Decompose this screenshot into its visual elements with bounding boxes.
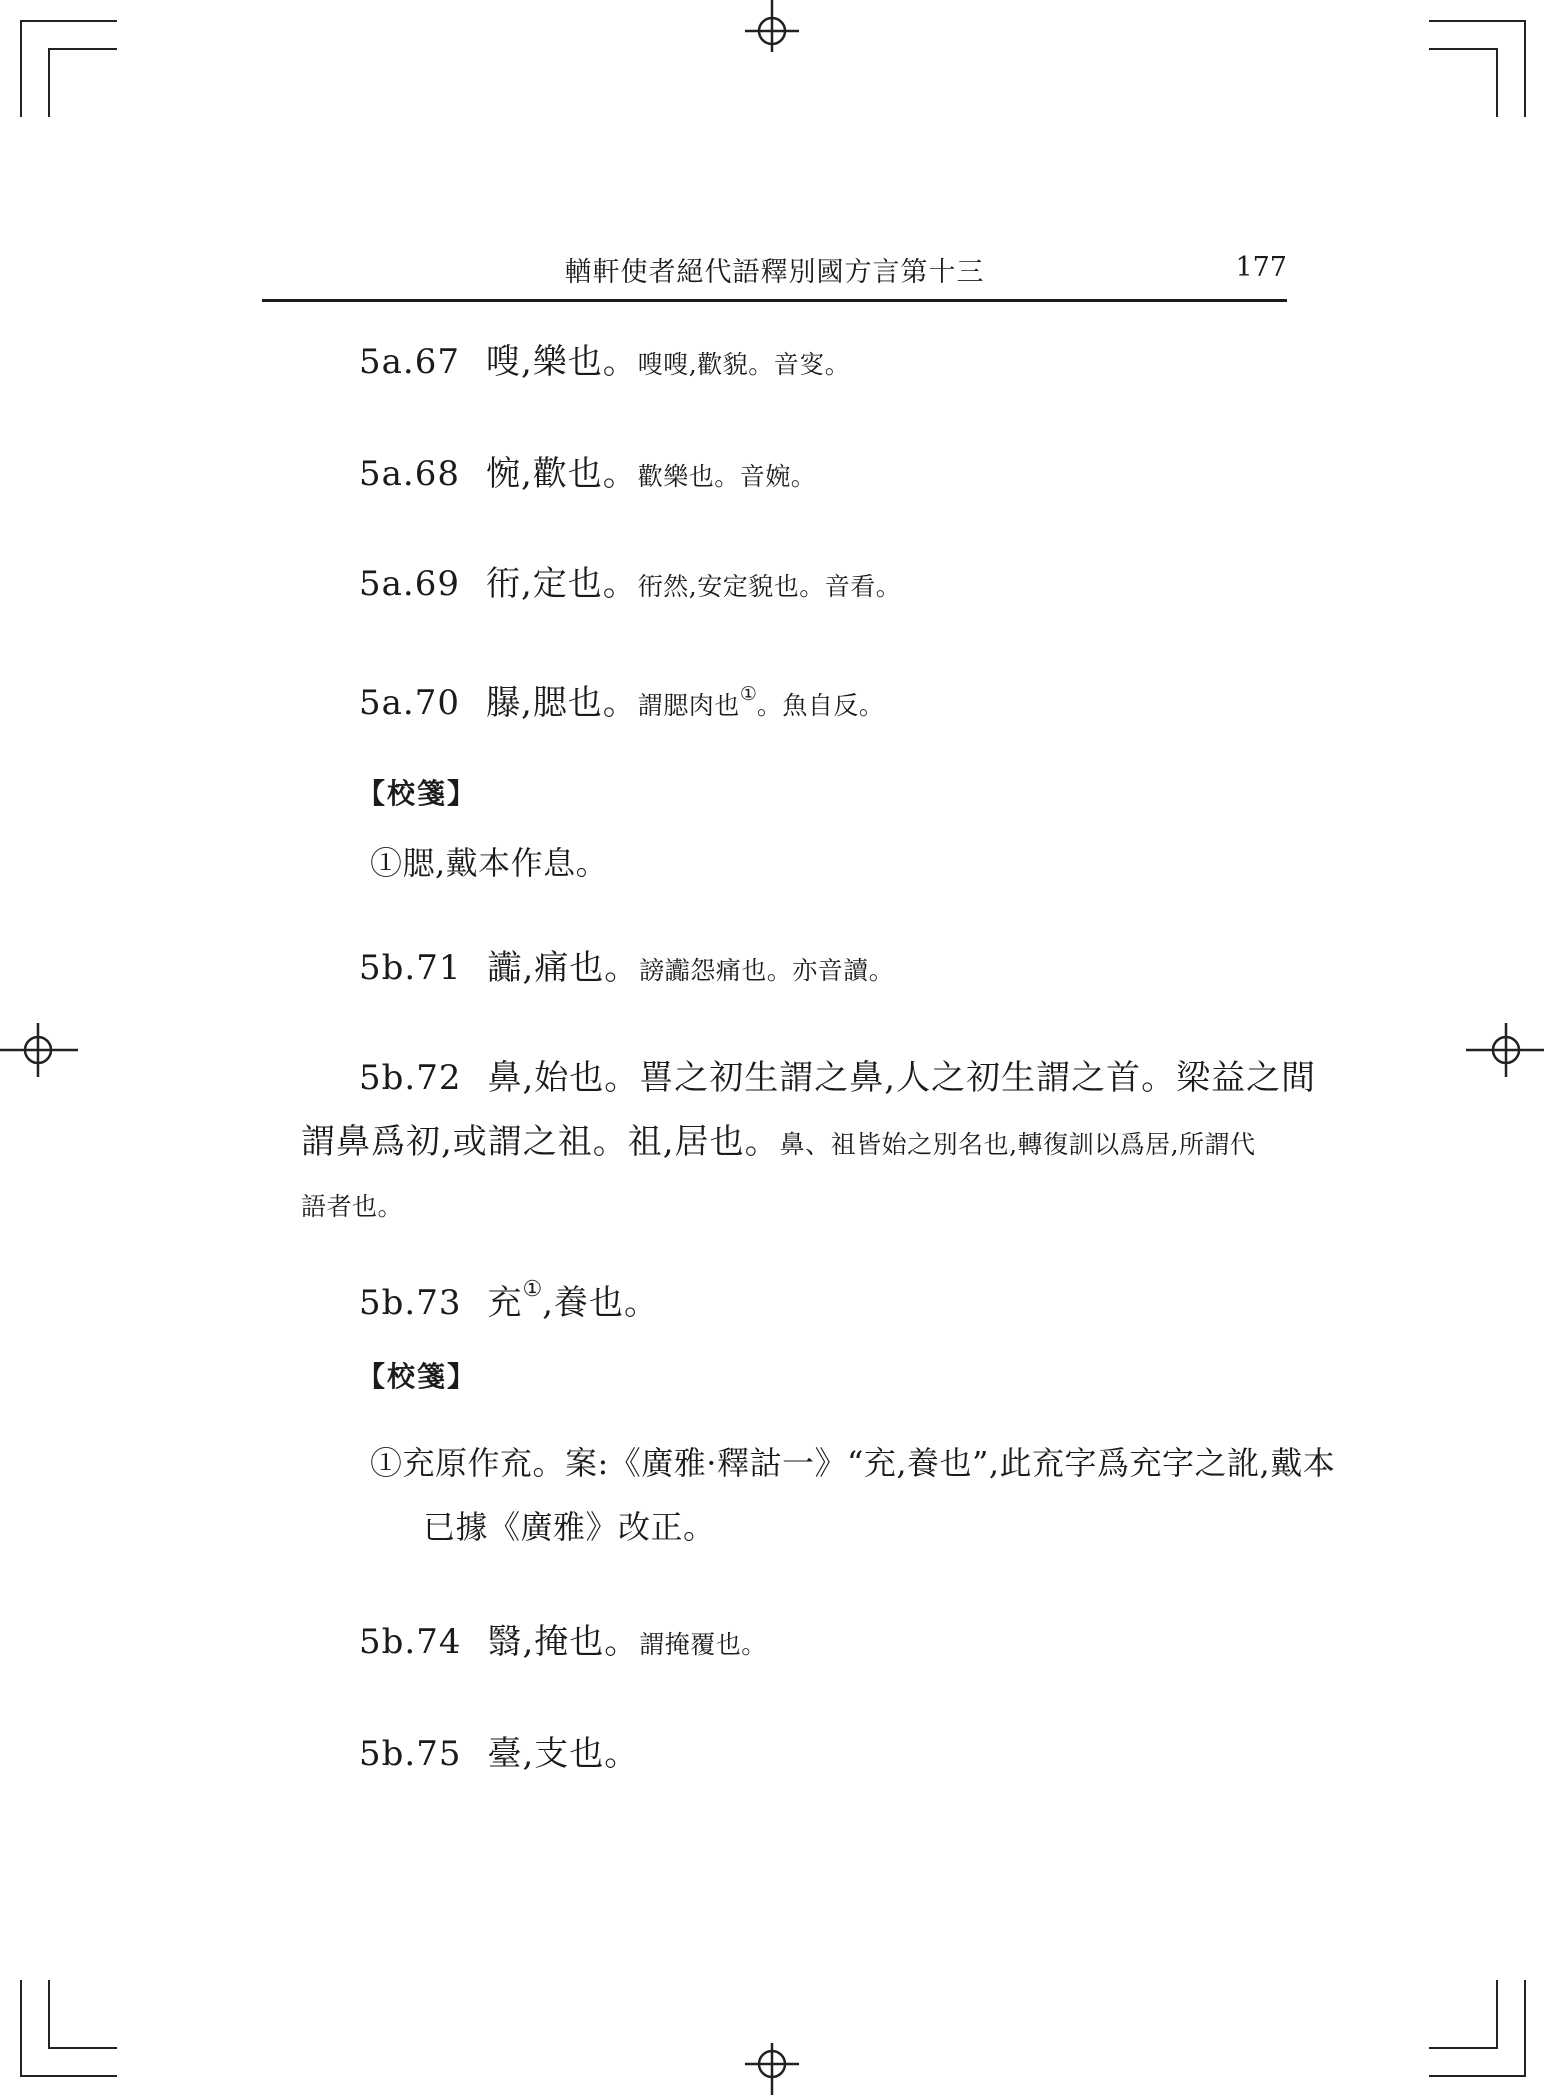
entry-5b72-line1: 5b.72鼻,始也。嘼之初生謂之鼻,人之初生謂之首。梁益之間: [359, 1056, 1316, 1100]
guo-pu-note: 。魚自反。: [757, 691, 885, 720]
entry-5a69: 5a.69衎,定也。衎然,安定貌也。音看。: [359, 562, 901, 609]
entry-text: 翳,掩也。: [487, 1622, 639, 1662]
guo-pu-note: 衎然,安定貌也。音看。: [638, 572, 901, 601]
trim-mark-bottom-left-inner: [48, 1980, 117, 2049]
entry-5b75: 5b.75臺,支也。: [359, 1732, 639, 1776]
jiaojian-note-line2: 已據《廣雅》改正。: [423, 1502, 716, 1548]
entry-number: 5b.75: [359, 1732, 461, 1776]
entry-number: 5b.71: [359, 946, 461, 990]
registration-target-left-icon: [0, 1018, 82, 1082]
entry-text: 充: [487, 1283, 522, 1323]
entry-text: ,養也。: [542, 1283, 659, 1323]
entry-5b72-line2: 謂鼻爲初,或謂之祖。祖,居也。鼻、祖皆始之別名也,轉復訓以爲居,所謂代: [301, 1120, 1256, 1167]
chapter-title: 輶軒使者絕代語釋別國方言第十三: [565, 257, 985, 288]
registration-target-top-icon: [740, 0, 804, 60]
guo-pu-note: 謗讟怨痛也。亦音讀。: [639, 956, 894, 985]
entry-number: 5a.68: [359, 452, 460, 496]
header-rule: [262, 299, 1287, 302]
entry-5b72-line3: 語者也。: [301, 1182, 403, 1229]
guo-pu-note: 鼻、祖皆始之別名也,轉復訓以爲居,所謂代: [780, 1130, 1256, 1159]
entry-text: 衎,定也。: [486, 564, 638, 604]
entry-number: 5b.72: [359, 1056, 461, 1100]
guo-pu-note: 語者也。: [301, 1192, 403, 1221]
jiaojian-heading: 【校箋】: [357, 1355, 477, 1395]
registration-target-right-icon: [1462, 1018, 1544, 1082]
entry-text: 嗖,樂也。: [486, 342, 638, 382]
page-number: 177: [1190, 252, 1287, 283]
jiaojian-note: ①腮,戴本作息。: [370, 838, 608, 884]
entry-number: 5b.73: [359, 1281, 461, 1325]
guo-pu-note: 歡樂也。音婉。: [638, 462, 817, 491]
entry-5a67: 5a.67嗖,樂也。嗖嗖,歡貌。音叜。: [359, 340, 850, 387]
entry-5a70: 5a.70𦢊,腮也。謂腮肉也①。魚自反。: [359, 672, 884, 728]
trim-mark-top-left-inner: [48, 48, 117, 117]
jiaojian-heading: 【校箋】: [357, 772, 477, 812]
trim-mark-bottom-right-inner: [1429, 1980, 1498, 2049]
guo-pu-note: 嗖嗖,歡貌。音叜。: [638, 350, 850, 379]
entry-number: 5a.67: [359, 340, 460, 384]
footnote-marker-1: ①: [522, 1277, 542, 1302]
entry-number: 5a.70: [359, 681, 460, 725]
entry-text: 謂鼻爲初,或謂之祖。祖,居也。: [301, 1122, 780, 1162]
entry-text: 惋,歡也。: [486, 454, 638, 494]
entry-5b74: 5b.74翳,掩也。謂掩覆也。: [359, 1620, 767, 1667]
guo-pu-note: 謂腮肉也: [638, 691, 740, 720]
entry-5b73: 5b.73充①,養也。: [359, 1268, 659, 1325]
entry-5b71: 5b.71讟,痛也。謗讟怨痛也。亦音讀。: [359, 946, 894, 993]
book-page: 輶軒使者絕代語釋別國方言第十三 177 5a.67嗖,樂也。嗖嗖,歡貌。音叜。 …: [0, 0, 1544, 2095]
trim-mark-top-right-inner: [1429, 48, 1498, 117]
registration-target-bottom-icon: [740, 2035, 804, 2095]
entry-text: 鼻,始也。嘼之初生謂之鼻,人之初生謂之首。梁益之間: [487, 1058, 1316, 1098]
footnote-marker-1: ①: [740, 683, 757, 705]
entry-text: 𦢊,腮也。: [486, 683, 638, 723]
entry-number: 5b.74: [359, 1620, 461, 1664]
entry-5a68: 5a.68惋,歡也。歡樂也。音婉。: [359, 452, 816, 499]
running-header: 輶軒使者絕代語釋別國方言第十三: [262, 250, 1287, 289]
jiaojian-note-line1: ①充原作㐬。案:《廣雅·釋詁一》“充,養也”,此㐬字爲充字之訛,戴本: [370, 1438, 1335, 1484]
entry-text: 讟,痛也。: [487, 948, 639, 988]
guo-pu-note: 謂掩覆也。: [639, 1630, 767, 1659]
entry-text: 臺,支也。: [487, 1734, 639, 1774]
entry-number: 5a.69: [359, 562, 460, 606]
